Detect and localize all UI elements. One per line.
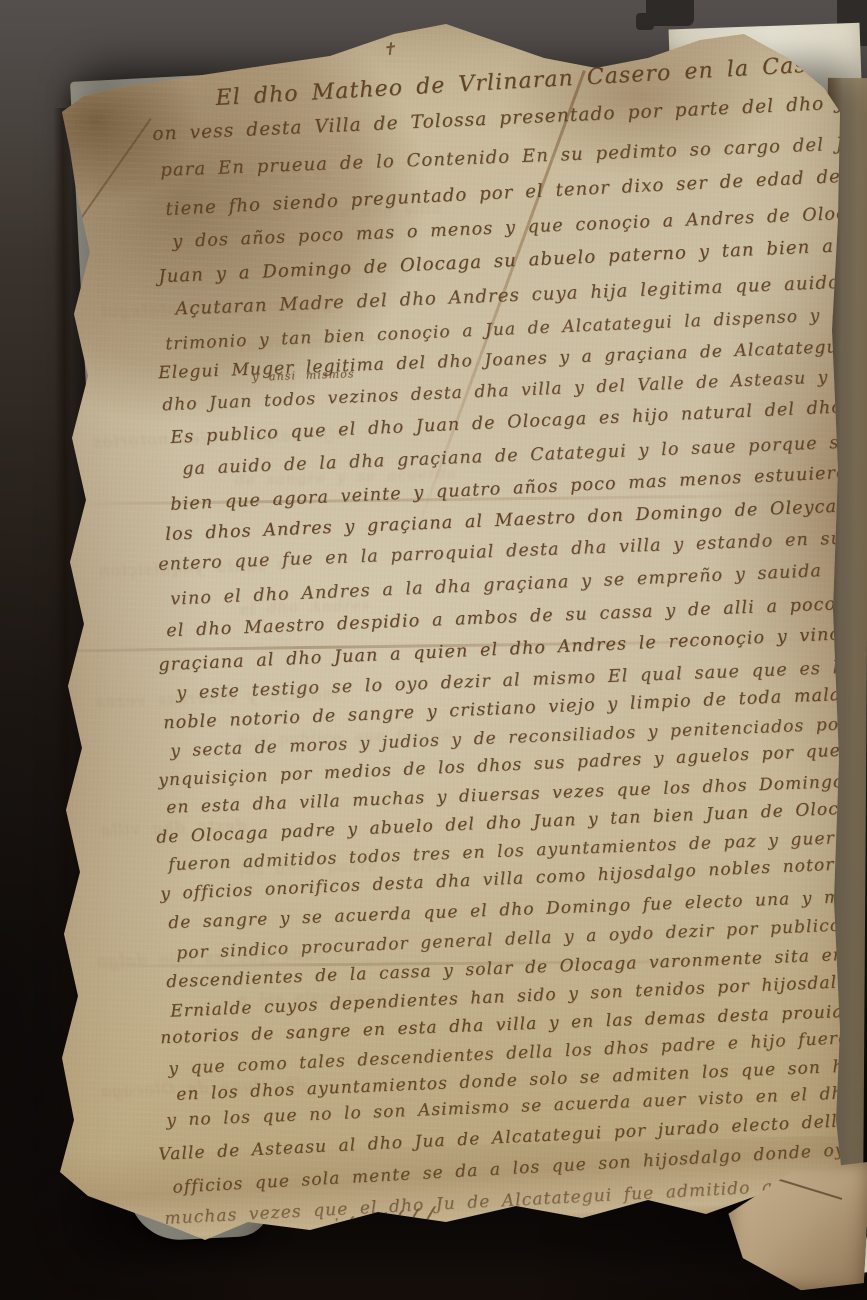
- manuscript-page: el dho Juan de Olocagavezinos desta dha …: [0, 0, 867, 1300]
- handwritten-line: y ansi mismos: [252, 368, 355, 383]
- page-edge-shadow-seam: [53, 108, 75, 1180]
- heading-cross-mark: ✝: [381, 41, 397, 60]
- manuscript-photo: el dho Juan de Olocagavezinos desta dha …: [0, 0, 867, 1300]
- bottom-tear-line: [420, 1259, 750, 1269]
- handwritten-text: ✝ ʃt El dho Matheo de Vrlinaran Casero e…: [0, 0, 867, 1300]
- document-clip-foot: [636, 13, 654, 30]
- margin-scribble: ʃt: [90, 45, 104, 62]
